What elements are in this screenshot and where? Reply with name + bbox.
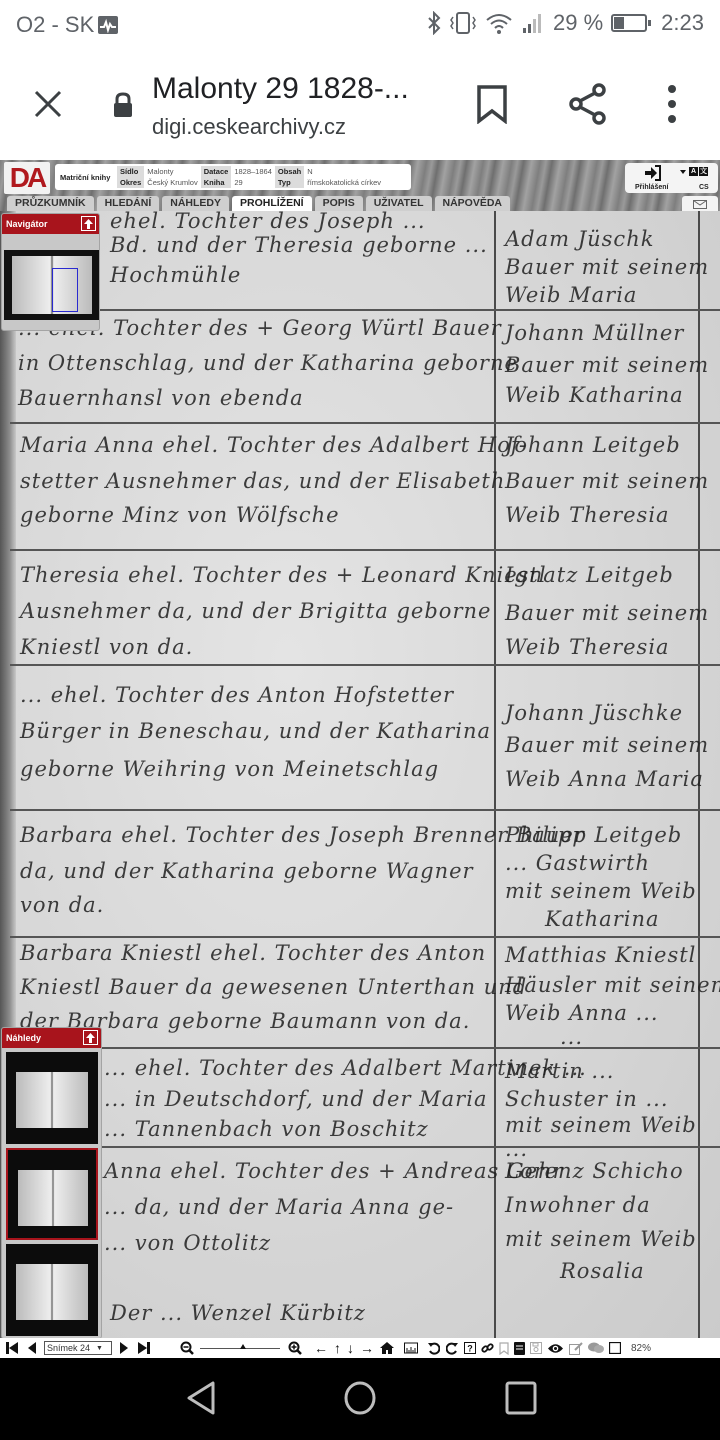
obsah-value: N xyxy=(304,166,384,177)
handwriting-line: Johann Müllner xyxy=(505,321,684,345)
rotate-left-icon[interactable] xyxy=(428,1339,440,1357)
zoom-percent: 82% xyxy=(631,1343,651,1354)
battery-percent: 29 % xyxy=(553,10,603,36)
lock-icon[interactable] xyxy=(112,92,134,118)
handwriting-line: Weib Theresia xyxy=(505,503,670,527)
rotate-right-icon[interactable] xyxy=(446,1339,458,1357)
first-page-icon[interactable] xyxy=(6,1339,18,1357)
navigator-minimap[interactable] xyxy=(4,250,99,320)
handwriting-line: mit seinem Weib xyxy=(505,1113,697,1137)
thumbnails-panel: Náhledy xyxy=(1,1027,102,1339)
thumbnails-title: Náhledy xyxy=(6,1033,41,1043)
home-icon[interactable] xyxy=(343,1380,377,1416)
zoom-slider[interactable] xyxy=(200,1339,280,1357)
row-divider xyxy=(10,936,720,938)
language-icon-a: A xyxy=(689,167,698,176)
handwriting-line: Bauer mit seinem xyxy=(505,469,709,493)
handwriting-line: Bauer mit seinem xyxy=(505,255,709,279)
handwriting-line: Ignatz Leitgeb xyxy=(505,563,674,587)
record-info-box: Matriční knihy Sídlo Malonty Datace 1828… xyxy=(55,164,411,190)
carrier: O2 - SK xyxy=(16,12,118,38)
handwriting-line: von da. xyxy=(20,893,104,917)
frame-select-value: Snímek 24 xyxy=(47,1343,90,1353)
row-divider xyxy=(10,1047,720,1049)
handwriting-line: stetter Ausnehmer das, und der Elisabeth xyxy=(20,469,505,493)
handwriting-line: geborne Weihring von Meinetschlag xyxy=(20,757,439,781)
navigator-panel: Navigátor xyxy=(1,213,100,331)
handwriting-line: Philipp Leitgeb xyxy=(505,823,682,847)
handwriting-line: ... Gastwirth xyxy=(505,851,650,875)
pan-right-icon[interactable]: → xyxy=(360,1339,374,1357)
tab-hledani[interactable]: HLEDÁNÍ xyxy=(97,196,160,211)
language-label[interactable]: CS xyxy=(699,184,709,191)
kniha-label: Kniha xyxy=(201,177,232,188)
mail-button[interactable] xyxy=(682,196,718,212)
handwriting-line: Martin ... xyxy=(505,1059,614,1083)
thumbnail-book-image xyxy=(16,1264,88,1320)
signal-icon xyxy=(521,12,545,34)
save-icon[interactable] xyxy=(530,1339,542,1357)
handwriting-line: Ausnehmer da, und der Brigitta geborne xyxy=(20,599,491,623)
battery-icon xyxy=(611,14,647,32)
main-tabs: PRŮZKUMNÍK HLEDÁNÍ NÁHLEDY PROHLÍŽENÍ PO… xyxy=(7,196,510,211)
sidlo-label: Sídlo xyxy=(117,166,144,177)
handwriting-line: mit seinem Weib xyxy=(505,879,697,903)
row-divider xyxy=(10,1146,720,1148)
tab-prohlizeni[interactable]: PROHLÍŽENÍ xyxy=(232,196,312,211)
sidlo-value: Malonty xyxy=(144,166,200,177)
language-icon-b: 文 xyxy=(699,167,708,176)
more-vert-icon[interactable] xyxy=(664,84,680,124)
activity-icon xyxy=(98,16,118,34)
chevron-down-icon: ▼ xyxy=(96,1345,103,1352)
handwriting-line: Bauer mit seinem xyxy=(505,601,709,625)
handwriting-line: Bauer mit seinem xyxy=(505,733,709,757)
tab-uzivatel[interactable]: UŽIVATEL xyxy=(366,196,432,211)
chevron-down-icon xyxy=(680,170,686,174)
link-icon[interactable] xyxy=(481,1339,494,1357)
wifi-icon xyxy=(485,11,513,35)
handwriting-line: ... da, und der Maria Anna ge- xyxy=(104,1195,454,1219)
viewer-toolbar: Snímek 24▼ ← ↑ ↓ → ? 82% xyxy=(0,1338,720,1358)
handwriting-line: Häusler mit seinem xyxy=(505,973,720,997)
help-icon[interactable]: ? xyxy=(464,1339,476,1357)
arrow-up-icon xyxy=(84,219,93,229)
pan-down-icon[interactable]: ↓ xyxy=(347,1339,354,1357)
android-nav-bar xyxy=(0,1358,720,1440)
handwriting-line: geborne Minz von Wölfsche xyxy=(20,503,340,527)
handwriting-line: Weib Anna Maria xyxy=(505,767,704,791)
handwriting-line: ... von Ottolitz xyxy=(104,1231,271,1255)
back-icon[interactable] xyxy=(186,1380,216,1416)
book-icon[interactable] xyxy=(514,1339,525,1357)
handwriting-line: Theresia ehel. Tochter des + Leonard Kni… xyxy=(20,563,547,587)
thumbnails-header: Náhledy xyxy=(2,1028,101,1048)
row-divider xyxy=(10,664,720,666)
da-logo[interactable]: DA xyxy=(4,162,50,194)
handwriting-line: Johann Jüschke xyxy=(505,701,683,725)
handwriting-line: ... xyxy=(560,1025,583,1049)
handwriting-line: Weib Maria xyxy=(505,283,637,307)
row-divider xyxy=(10,809,720,811)
comment-icon[interactable] xyxy=(588,1339,604,1357)
mail-icon xyxy=(693,200,707,209)
datace-value: 1828–1864 xyxy=(231,166,275,177)
share-icon[interactable] xyxy=(568,82,608,126)
browser-toolbar: Malonty 29 1828-... digi.ceskearchivy.cz xyxy=(0,50,720,160)
handwriting-line: Bauer mit seinem xyxy=(505,353,709,377)
handwriting-line: mit seinem Weib xyxy=(505,1227,697,1251)
handwriting-line: Barbara Kniestl ehel. Tochter des Anton xyxy=(20,941,486,965)
thumbnail-item[interactable] xyxy=(6,1244,98,1336)
frame-select[interactable]: Snímek 24▼ xyxy=(44,1341,112,1355)
zoom-in-icon[interactable] xyxy=(288,1339,302,1357)
handwriting-line: Barbara ehel. Tochter des Joseph Brenner… xyxy=(20,823,585,847)
handwriting-line: ... Tannenbach von Boschitz xyxy=(104,1117,429,1141)
handwriting-line: ... xyxy=(505,1137,528,1161)
close-icon[interactable] xyxy=(30,86,66,122)
handwriting-line: Weib Theresia xyxy=(505,635,670,659)
edit-icon[interactable] xyxy=(569,1339,583,1357)
login-panel: Přihlášení A 文 CS xyxy=(625,163,718,193)
typ-value: římskokatolická církev xyxy=(304,177,384,188)
handwriting-line: Der ... Wenzel Kürbitz xyxy=(110,1301,366,1325)
arrow-up-icon xyxy=(86,1033,95,1043)
okres-value: Český Krumlov xyxy=(144,177,200,188)
tab-nahledy[interactable]: NÁHLEDY xyxy=(162,196,229,211)
handwriting-line: Lorenz Schicho xyxy=(505,1159,684,1183)
recents-icon[interactable] xyxy=(505,1381,537,1415)
tab-napoveda[interactable]: NÁPOVĚDA xyxy=(435,196,511,211)
tab-popis[interactable]: POPIS xyxy=(315,196,363,211)
handwriting-line: Bd. und der Theresia geborne ... xyxy=(110,233,488,257)
handwriting-line: da, und der Katharina geborne Wagner xyxy=(20,859,474,883)
row-divider xyxy=(10,309,720,311)
handwriting-line: Bauernhansl von ebenda xyxy=(18,386,304,410)
collapse-navigator-button[interactable] xyxy=(81,216,96,231)
zoom-slider-thumb[interactable] xyxy=(240,1344,246,1349)
handwriting-line: Kniestl Bauer da gewesenen Unterthan und xyxy=(20,975,527,999)
obsah-label: Obsah xyxy=(275,166,304,177)
bookmark-icon[interactable] xyxy=(499,1339,509,1357)
okres-label: Okres xyxy=(117,177,144,188)
tab-pruzkumnik[interactable]: PRŮZKUMNÍK xyxy=(7,196,94,211)
typ-label: Typ xyxy=(275,177,304,188)
handwriting-line: Inwohner da xyxy=(505,1193,651,1217)
handwriting-line: Schuster in ... xyxy=(505,1087,669,1111)
handwriting-line: ... in Deutschdorf, und der Maria xyxy=(104,1087,487,1111)
thumbnail-item-selected[interactable] xyxy=(6,1148,98,1240)
page-domain[interactable]: digi.ceskearchivy.cz xyxy=(152,114,346,140)
pan-up-icon[interactable]: ↑ xyxy=(334,1339,341,1357)
datace-label: Datace xyxy=(201,166,232,177)
handwriting-line: Weib Anna ... xyxy=(505,1001,659,1025)
carrier-label: O2 - SK xyxy=(16,12,94,38)
navigator-title: Navigátor xyxy=(6,219,48,229)
status-bar: O2 - SK 29 % 2:23 xyxy=(0,0,720,50)
bookmark-icon[interactable] xyxy=(476,84,508,124)
home-icon[interactable] xyxy=(380,1339,394,1357)
collapse-thumbnails-button[interactable] xyxy=(83,1030,98,1045)
prev-page-icon[interactable] xyxy=(28,1339,36,1357)
handwriting-line: Bürger in Beneschau, und der Katharina xyxy=(20,719,491,743)
thumbnail-item[interactable] xyxy=(6,1052,98,1144)
eye-icon[interactable] xyxy=(548,1339,563,1357)
row-divider xyxy=(10,422,720,424)
handwriting-line: ... ehel. Tochter des Anton Hofstetter xyxy=(20,683,454,707)
ruler-icon[interactable] xyxy=(404,1339,418,1357)
handwriting-line: Kniestl von da. xyxy=(20,635,193,659)
language-switcher[interactable]: A 文 xyxy=(680,167,708,176)
page-title: Malonty 29 1828-... xyxy=(152,72,409,106)
handwriting-line: Anna ehel. Tochter des + Andreas Gehr xyxy=(104,1159,564,1183)
handwriting-line: Adam Jüschk xyxy=(505,227,654,251)
vibrate-icon xyxy=(449,11,477,35)
handwriting-line: Maria Anna ehel. Tochter des Adalbert Ho… xyxy=(20,433,527,457)
handwriting-line: Weib Katharina xyxy=(505,383,684,407)
pan-left-icon[interactable]: ← xyxy=(314,1339,328,1357)
archive-viewer: DA Matriční knihy Sídlo Malonty Datace 1… xyxy=(0,160,720,1358)
fullscreen-icon[interactable] xyxy=(609,1339,621,1357)
bluetooth-icon xyxy=(427,11,441,35)
record-info-table: Sídlo Malonty Datace 1828–1864 Obsah N O… xyxy=(117,166,384,188)
kniha-value: 29 xyxy=(231,177,275,188)
thumbnail-book-image xyxy=(16,1072,88,1128)
zoom-out-icon[interactable] xyxy=(180,1339,194,1357)
handwriting-line: Rosalia xyxy=(560,1259,645,1283)
thumbnail-book-image xyxy=(18,1170,88,1226)
clock: 2:23 xyxy=(661,10,704,36)
handwriting-line: ehel. Tochter des Joseph ... xyxy=(110,211,426,233)
manuscript-image[interactable]: ehel. Tochter des Joseph ... Bd. und der… xyxy=(0,211,720,1339)
handwriting-line: Katharina xyxy=(545,907,660,931)
handwriting-line: Johann Leitgeb xyxy=(505,433,681,457)
handwriting-line: in Ottenschlag, und der Katharina geborn… xyxy=(18,351,518,375)
svg-text:?: ? xyxy=(467,1344,473,1354)
login-icon[interactable] xyxy=(644,165,662,181)
status-icons: 29 % 2:23 xyxy=(427,10,704,36)
next-page-icon[interactable] xyxy=(120,1339,128,1357)
last-page-icon[interactable] xyxy=(138,1339,150,1357)
handwriting-line: Matthias Kniestl xyxy=(505,943,696,967)
navigator-header: Navigátor xyxy=(2,214,99,234)
handwriting-line: Hochmühle xyxy=(110,263,241,287)
row-divider xyxy=(10,549,720,551)
record-type: Matriční knihy xyxy=(60,173,110,182)
login-button[interactable]: Přihlášení xyxy=(635,184,668,191)
navigator-viewport-rect[interactable] xyxy=(52,268,78,312)
